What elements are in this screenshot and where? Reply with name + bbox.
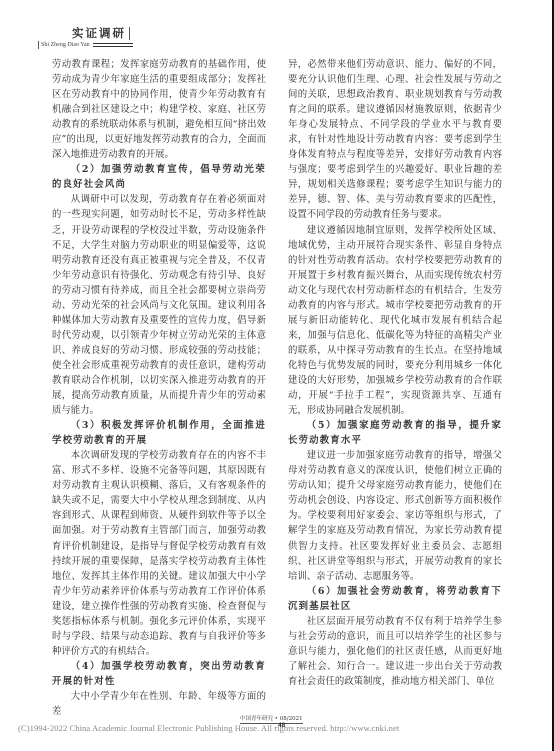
section-heading: （4）加强学校劳动教育，突出劳动教育开展的针对性	[52, 659, 266, 689]
paragraph: 异，必然带来他们劳动意识、能力、偏好的不同，要充分认识他们生理、心理、社会性发展…	[288, 57, 502, 223]
paragraph: 从调研中可以发现，劳动教育存在着必须面对的一些现实问题，如劳动时长不足，劳动多样…	[52, 192, 266, 418]
copyright-notice: (C)1994-2022 China Academic Journal Elec…	[18, 723, 399, 733]
left-column: 劳动教育课程；发挥家庭劳动教育的基础作用，使劳动成为青少年家庭生活的重要组成部分…	[52, 57, 266, 719]
section-subtitle-row: Shi Zheng Diao Yan	[38, 41, 133, 49]
section-heading: （6）加强社会劳动教育，将劳动教育下沉到基层社区	[288, 584, 502, 614]
paragraph: 建议遵循因地制宜原则，发挥学校所处区域、地域优势，主动开展符合现实条件、彰显自身…	[288, 223, 502, 419]
paragraph: 大中小学青少年在性别、年龄、年级等方面的差	[52, 689, 266, 719]
section-pinyin: Shi Zheng Diao Yan	[38, 41, 90, 49]
section-heading: （2）加强劳动教育宣传，倡导劳动光荣的良好社会风尚	[52, 162, 266, 192]
right-column: 异，必然带来他们劳动意识、能力、偏好的不同，要充分认识他们生理、心理、社会性发展…	[288, 57, 502, 689]
paragraph: 社区层面开展劳动教育不仅有利于培养学生参与社会劳动的意识，而且可以培养学生的社区…	[288, 614, 502, 689]
running-header: 实证调研 Shi Zheng Diao Yan	[38, 27, 133, 49]
section-heading: （5）加强家庭劳动教育的指导，提升家长劳动教育水平	[288, 418, 502, 448]
paragraph: 劳动教育课程；发挥家庭劳动教育的基础作用，使劳动成为青少年家庭生活的重要组成部分…	[52, 57, 266, 162]
section-heading: （3）积极发挥评价机制作用，全面推进学校劳动教育的开展	[52, 418, 266, 448]
header-double-rule	[93, 43, 133, 47]
paragraph: 本次调研发现的学校劳动教育存在的内容不丰富、形式不多样、设施不完备等问题，其原因…	[52, 448, 266, 659]
paragraph: 建议进一步加强家庭劳动教育的指导，增强父母对劳动教育意义的深度认识，使他们树立正…	[288, 448, 502, 583]
section-title: 实证调研	[38, 27, 130, 40]
